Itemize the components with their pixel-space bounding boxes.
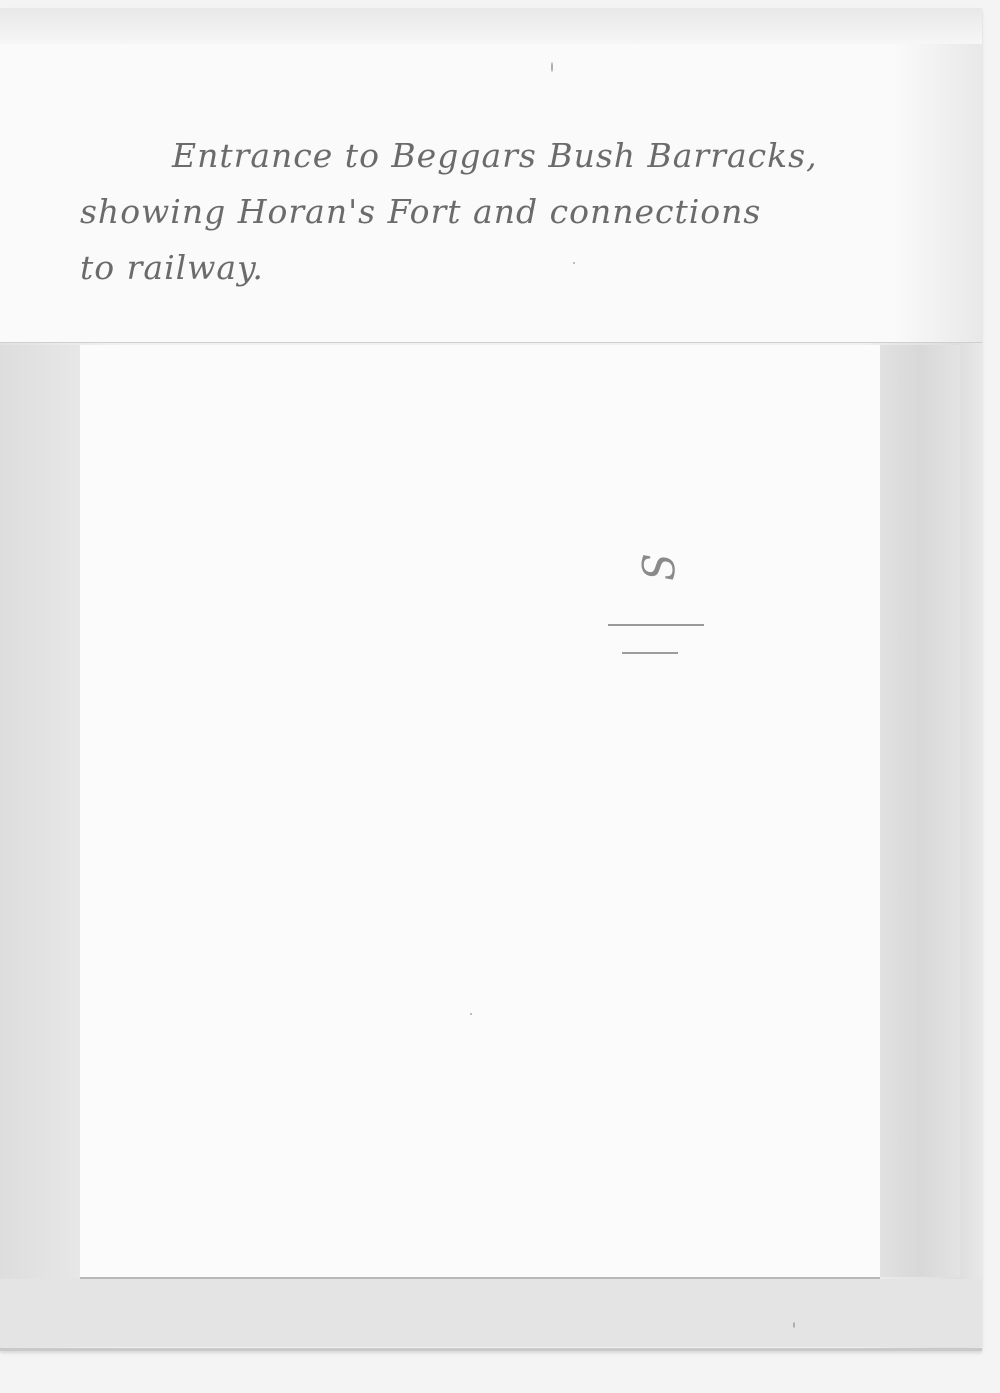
speck [551,62,553,72]
handwritten-caption: Entrance to Beggars Bush Barracks, showi… [80,128,960,296]
pencil-mark: S [636,545,684,589]
caption-line-1: Entrance to Beggars Bush Barracks, [80,128,960,184]
sleeve-left-edge [0,345,80,1345]
pencil-annotation: S [600,545,720,655]
speck [793,1322,795,1328]
sleeve-bottom-band [0,1279,982,1347]
caption-line-3: to railway. [80,240,960,296]
photo-mount-card [80,345,880,1279]
caption-line-2: showing Horan's Fort and connections [80,184,960,240]
speck [470,1013,472,1015]
pencil-underline-1 [608,624,704,626]
speck [573,262,575,264]
pencil-underline-2 [622,652,678,654]
sleeve-top-fold [0,8,982,45]
sleeve-right-edge [880,345,960,1277]
